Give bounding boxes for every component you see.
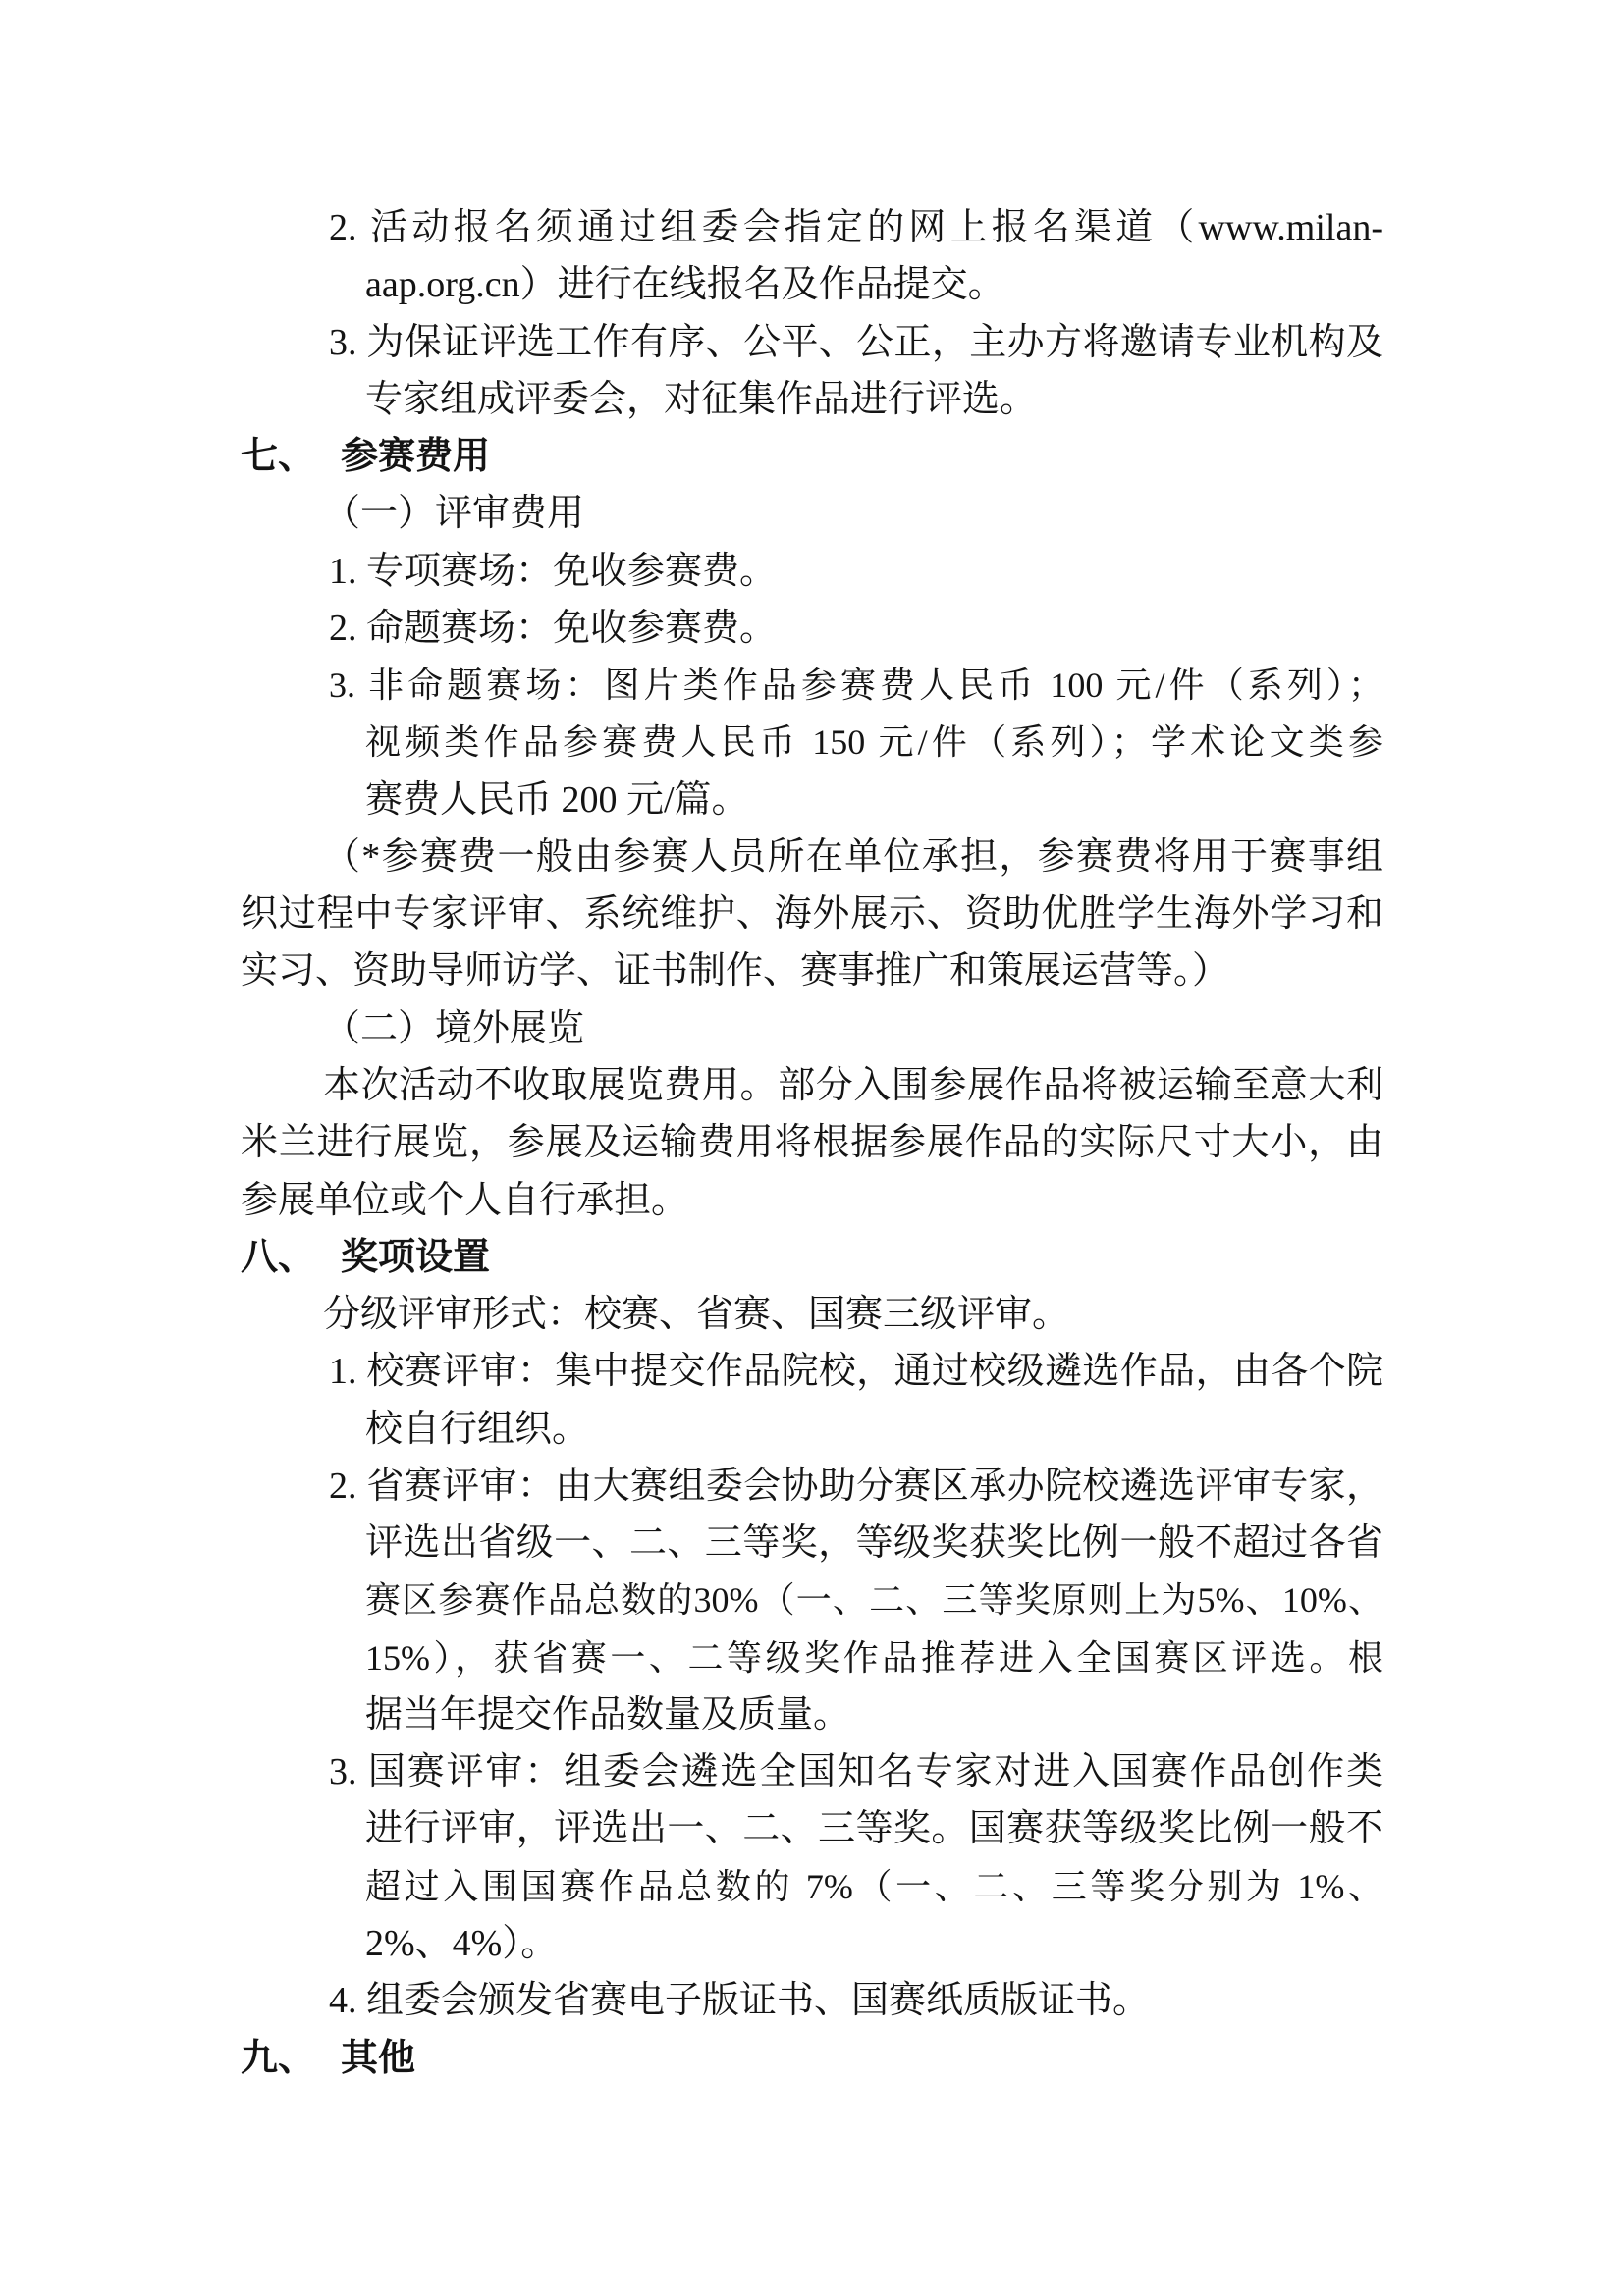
doc-line: 2. 省赛评审：由大赛组委会协助分赛区承办院校遴选评审专家，: [241, 1458, 1383, 1515]
doc-line: 分级评审形式：校赛、省赛、国赛三级评审。: [241, 1286, 1383, 1343]
section-number: 九、: [241, 2038, 315, 2079]
doc-line: （一）评审费用: [241, 485, 1383, 542]
doc-line: 视频类作品参赛费人民币 150 元/件（系列）；学术论文类参: [241, 714, 1383, 771]
doc-line: 15%），获省赛一、二等级奖作品推荐进入全国赛区评选。根: [241, 1629, 1383, 1686]
doc-line: 1. 专项赛场：免收参赛费。: [241, 543, 1383, 600]
doc-line: 专家组成评委会，对征集作品进行评选。: [241, 371, 1383, 428]
doc-line: （二）境外展览: [241, 1000, 1383, 1057]
document-text-column: 2. 活动报名须通过组委会指定的网上报名渠道（www.milan-aap.org…: [241, 199, 1383, 2087]
doc-line: 2%、4%）。: [241, 1915, 1383, 1972]
doc-line: 4. 组委会颁发省赛电子版证书、国赛纸质版证书。: [241, 1972, 1383, 2029]
doc-line: 赛费人民币 200 元/篇。: [241, 772, 1383, 828]
section-heading: 九、其他: [241, 2030, 1383, 2087]
doc-line: 3. 国赛评审：组委会遴选全国知名专家对进入国赛作品创作类: [241, 1743, 1383, 1800]
doc-line: 织过程中专家评审、系统维护、海外展示、资助优胜学生海外学习和: [241, 885, 1383, 942]
doc-line: 据当年提交作品数量及质量。: [241, 1686, 1383, 1743]
doc-line: 米兰进行展览，参展及运输费用将根据参展作品的实际尺寸大小，由: [241, 1114, 1383, 1171]
doc-line: 评选出省级一、二、三等奖，等级奖获奖比例一般不超过各省: [241, 1515, 1383, 1572]
section-number: 八、: [241, 1237, 315, 1278]
section-title: 其他: [341, 2038, 415, 2079]
doc-line: 超过入围国赛作品总数的 7%（一、二、三等奖分别为 1%、: [241, 1858, 1383, 1915]
section-title: 奖项设置: [341, 1237, 490, 1278]
doc-line: 进行评审，评选出一、二、三等奖。国赛获等级奖比例一般不: [241, 1800, 1383, 1857]
doc-line: 校自行组织。: [241, 1401, 1383, 1458]
section-title: 参赛费用: [341, 436, 490, 477]
section-number: 七、: [241, 436, 315, 477]
doc-line: aap.org.cn）进行在线报名及作品提交。: [241, 256, 1383, 313]
doc-line: 本次活动不收取展览费用。部分入围参展作品将被运输至意大利: [241, 1057, 1383, 1114]
doc-line: （*参赛费一般由参赛人员所在单位承担，参赛费将用于赛事组: [241, 828, 1383, 885]
section-heading: 八、奖项设置: [241, 1229, 1383, 1286]
doc-line: 3. 为保证评选工作有序、公平、公正，主办方将邀请专业机构及: [241, 314, 1383, 371]
doc-line: 实习、资助导师访学、证书制作、赛事推广和策展运营等。）: [241, 942, 1383, 999]
doc-line: 2. 活动报名须通过组委会指定的网上报名渠道（www.milan-: [241, 199, 1383, 256]
document-page: 2. 活动报名须通过组委会指定的网上报名渠道（www.milan-aap.org…: [0, 0, 1624, 2296]
section-heading: 七、参赛费用: [241, 428, 1383, 485]
doc-line: 3. 非命题赛场：图片类作品参赛费人民币 100 元/件（系列）；: [241, 657, 1383, 714]
doc-line: 赛区参赛作品总数的30%（一、二、三等奖原则上为5%、10%、: [241, 1572, 1383, 1629]
doc-line: 参展单位或个人自行承担。: [241, 1172, 1383, 1229]
doc-line: 2. 命题赛场：免收参赛费。: [241, 600, 1383, 657]
doc-line: 1. 校赛评审：集中提交作品院校，通过校级遴选作品，由各个院: [241, 1343, 1383, 1400]
